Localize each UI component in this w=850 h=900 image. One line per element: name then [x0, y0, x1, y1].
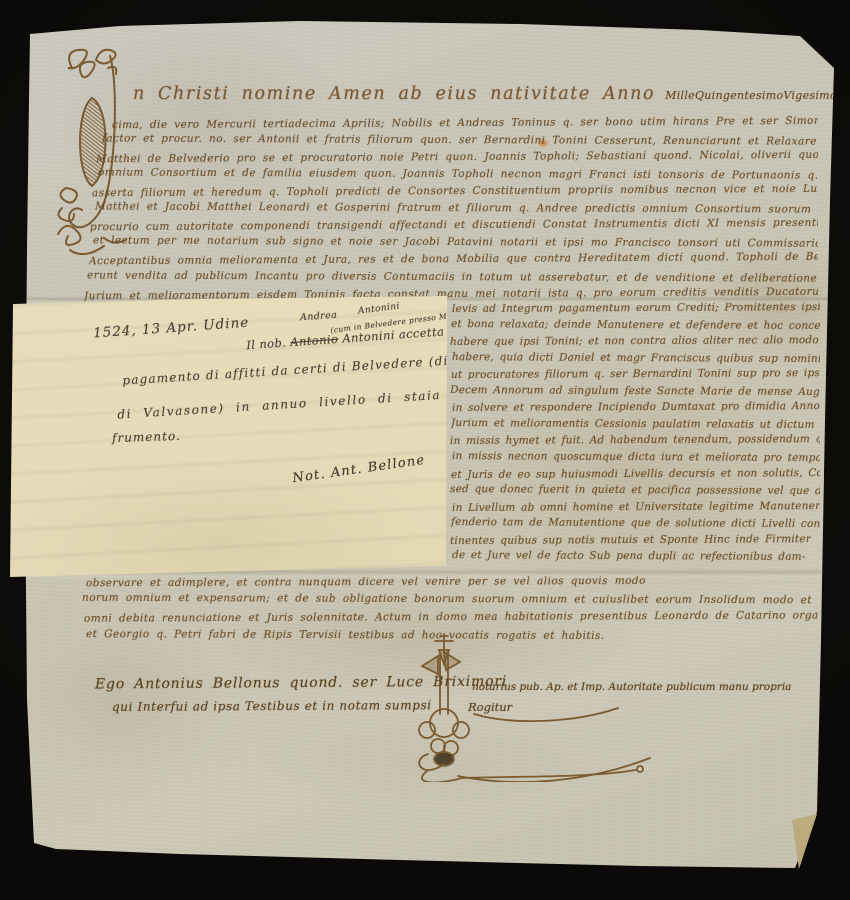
- slip-line-3: di Valvasone) in annuo livello di staia …: [117, 384, 498, 421]
- manuscript-line: et Juris de eo sup huiusmodi Livellis de…: [451, 467, 820, 482]
- manuscript-line: ut procuratores filiorum q. ser Bernardi…: [451, 367, 820, 382]
- manuscript-line: in missis hymet et fuit. Ad habendum ten…: [450, 433, 820, 448]
- manuscript-line: factor et procur. no. ser Antonii et fra…: [102, 132, 818, 148]
- manuscript-line: omnium Consortium et de familia eiusdem …: [98, 166, 818, 182]
- slip-line-1-prefix: Il nob.: [246, 335, 287, 352]
- notary-signature: Not. Ant. Bellone: [292, 453, 427, 486]
- manuscript-photo: n Christi nomine Amen ab eius nativitate…: [0, 0, 850, 900]
- manuscript-line: Jurium et melioramentis Cessionis paulat…: [451, 417, 820, 432]
- subscription-line-2-left: qui Interfui ad ipsa Testibus et in nota…: [112, 698, 432, 714]
- notarial-signum-icon: [398, 630, 660, 782]
- manuscript-line: sed que donec fuerit in quieta et pacifi…: [450, 483, 820, 498]
- manuscript-line: Acceptantibus omnia melioramenta et Jura…: [89, 251, 818, 268]
- manuscript-line: et bona relaxata; deinde Manutenere et d…: [451, 318, 820, 333]
- manuscript-line: de et Jure vel de facto Sub pena dupli a…: [452, 549, 806, 564]
- manuscript-line: in missis necnon quoscumque dicta iura e…: [452, 450, 820, 465]
- manuscript-line: erunt vendita ad publicum Incantu pro di…: [87, 269, 818, 285]
- manuscript-line: levis ad Integrum pagamentum eorum Credi…: [452, 301, 820, 316]
- subscription-line-1-left: Ego Antonius Bellonus quond. ser Luce Br…: [95, 674, 507, 693]
- manuscript-line: observare et adimplere, et contra nunqua…: [86, 575, 646, 590]
- manuscript-line: Matthei de Belvederio pro se et procurat…: [96, 149, 818, 166]
- slip-superscript-word: Andrea: [300, 310, 338, 324]
- slip-line-2: pagamento di affitti da certi di Belvede…: [122, 351, 498, 388]
- manuscript-line: tinentes quibus sup notis mutuis et Spon…: [450, 533, 811, 548]
- opening-large-text: n Christi nomine Amen ab eius nativitate…: [133, 84, 655, 104]
- manuscript-line: et Georgio q. Petri fabri de Ripis Tervi…: [86, 628, 605, 643]
- manuscript-line: omni debita renunciatione et Juris solen…: [84, 609, 818, 625]
- opening-line: n Christi nomine Amen ab eius nativitate…: [133, 84, 850, 104]
- opening-small-text: MilleQuingentesimoVigesimoquarto Indicti…: [665, 89, 850, 102]
- subscription-line-1-right: notarius pub. Ap. et Imp. Autoritate pub…: [472, 681, 791, 693]
- manuscript-line: et lectum per me notarium sub signo et n…: [93, 234, 818, 250]
- manuscript-line: Decem Annorum ad singulum feste Sancte M…: [450, 384, 820, 399]
- manuscript-line: norum omnium et expensarum; et de sub ob…: [82, 592, 818, 608]
- manuscript-line: habere que ipsi Tonini; et non contra al…: [450, 334, 819, 349]
- slip-corner-note-name: Antonini: [358, 301, 401, 316]
- slip-line-1-struck: Antonio: [290, 332, 339, 349]
- manuscript-line: Matthei et Jacobi Matthei Leonardi et Go…: [95, 200, 818, 216]
- manuscript-line: asserta filiorum et heredum q. Topholi p…: [92, 183, 818, 200]
- manuscript-line: in Livellum ab omni homine et Universita…: [452, 500, 820, 515]
- slip-line-4: frumento.: [112, 429, 181, 445]
- manuscript-line: fenderio tam de Manutentione que de solu…: [451, 516, 820, 531]
- manuscript-line: procurio cum autoritate componendi trans…: [90, 217, 818, 234]
- manuscript-line: in solvere et respondere Incipiendo Dumt…: [452, 400, 820, 415]
- manuscript-line: cima, die vero Mercurii tertiadecima Apr…: [112, 115, 818, 132]
- subscription-line-2-right: Rogitur: [468, 700, 512, 714]
- slip-date-place: 1524, 13 Apr. Udine: [93, 315, 250, 342]
- manuscript-line: habere, quia dicti Daniel et magr Franci…: [452, 351, 820, 366]
